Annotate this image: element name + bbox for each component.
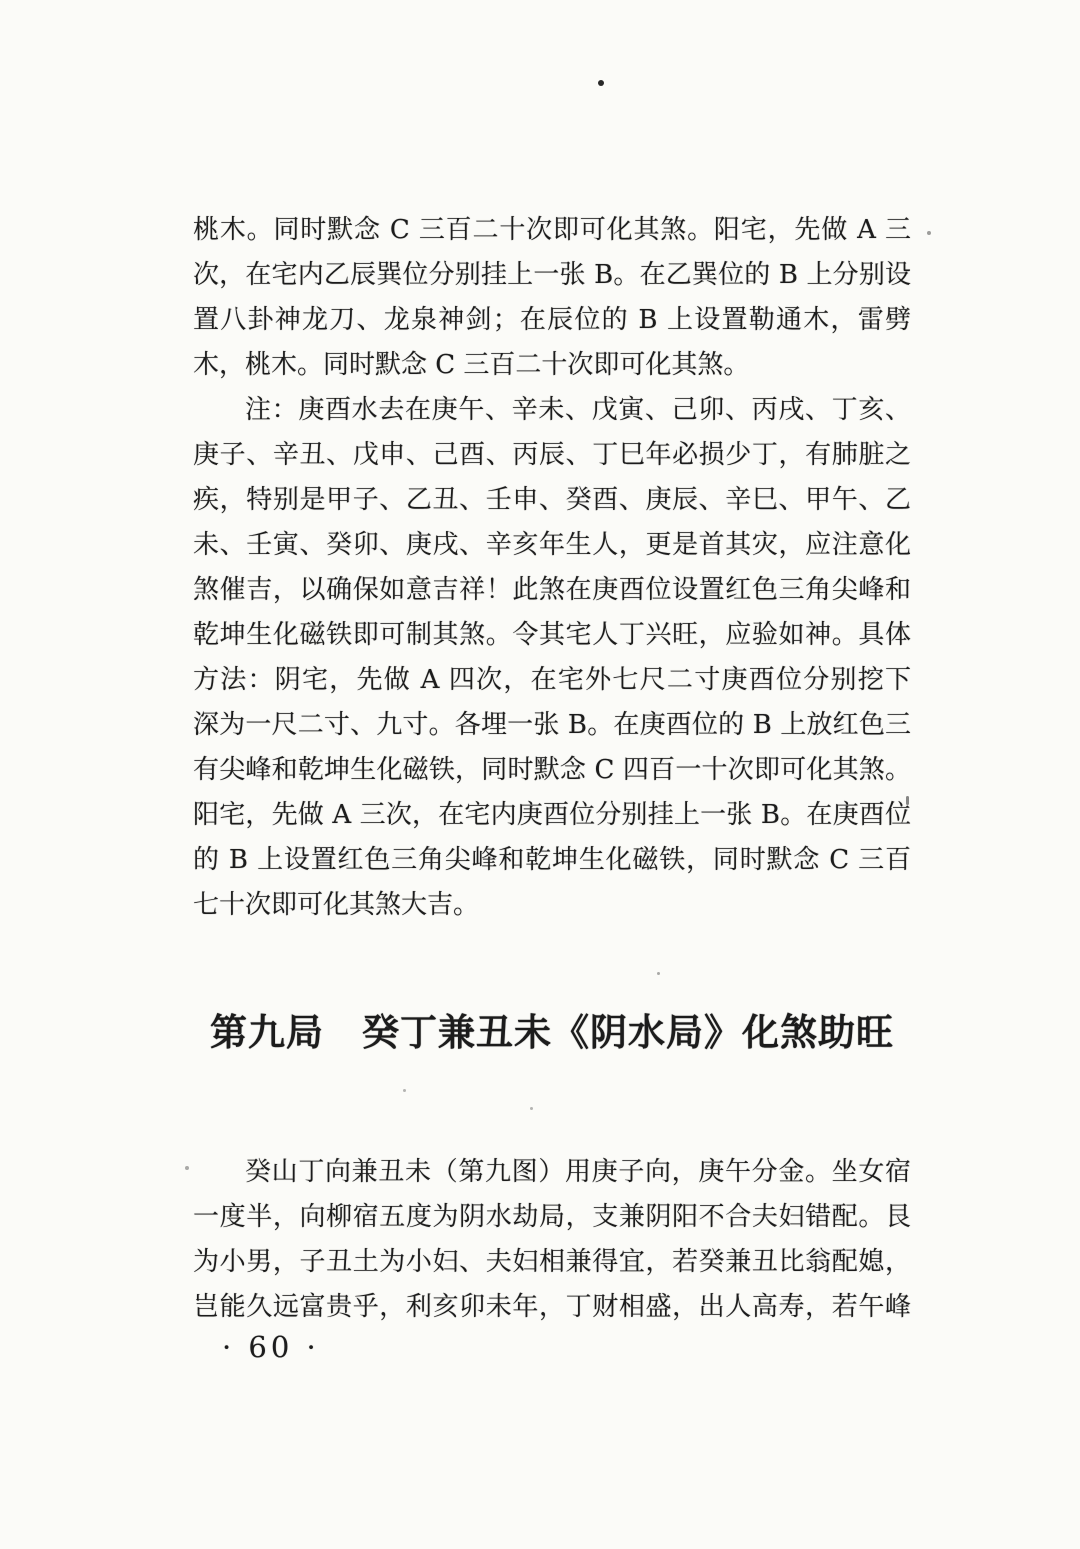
body-text-line: 岂能久远富贵乎，利亥卯未年，丁财相盛，出人高寿，若午峰 [193, 1285, 911, 1330]
body-text-line: 疾，特别是甲子、乙丑、壬申、癸酉、庚辰、辛巳、甲午、乙 [193, 478, 911, 523]
body-text-line: 的 B 上设置红色三角尖峰和乾坤生化磁铁，同时默念 C 三百 [193, 838, 911, 883]
section-heading: 第九局 癸丁兼丑未《阴水局》化煞助旺 [193, 1008, 911, 1058]
body-text-line: 阳宅，先做 A 三次，在宅内庚酉位分别挂上一张 B。在庚酉位 [193, 793, 911, 838]
scan-speck [403, 1089, 406, 1092]
body-text-line: 癸山丁向兼丑未（第九图）用庚子向，庚午分金。坐女宿 [193, 1150, 911, 1195]
body-text-block: 桃木。同时默念 C 三百二十次即可化其煞。阳宅，先做 A 三 次，在宅内乙辰巽位… [193, 208, 911, 928]
body-text-line: 注：庚酉水去在庚午、辛未、戊寅、己卯、丙戌、丁亥、 [193, 388, 911, 433]
body-text-line: 为小男，子丑土为小妇、夫妇相兼得宜，若癸兼丑比翁配媳， [193, 1240, 911, 1285]
body-text-line: 深为一尺二寸、九寸。各埋一张 B。在庚酉位的 B 上放红色三 [193, 703, 911, 748]
scan-speck [598, 80, 604, 86]
page-number: · 60 · [222, 1329, 320, 1365]
body-text-line: 木，桃木。同时默念 C 三百二十次即可化其煞。 [193, 343, 911, 388]
body-text-line: 方法：阴宅，先做 A 四次，在宅外七尺二寸庚酉位分别挖下 [193, 658, 911, 703]
scan-speck [927, 231, 931, 235]
body-text-line: 乾坤生化磁铁即可制其煞。令其宅人丁兴旺，应验如神。具体 [193, 613, 911, 658]
body-text-line: 庚子、辛丑、戊申、己酉、丙辰、丁巳年必损少丁，有肺脏之 [193, 433, 911, 478]
body-text-line: 未、壬寅、癸卯、庚戌、辛亥年生人，更是首其灾，应注意化 [193, 523, 911, 568]
body-text-block: 癸山丁向兼丑未（第九图）用庚子向，庚午分金。坐女宿 一度半，向柳宿五度为阴水劫局… [193, 1150, 911, 1330]
body-text-line: 煞催吉，以确保如意吉祥！此煞在庚酉位设置红色三角尖峰和 [193, 568, 911, 613]
scanned-book-page: 桃木。同时默念 C 三百二十次即可化其煞。阳宅，先做 A 三 次，在宅内乙辰巽位… [0, 0, 1080, 1549]
body-text-line: 置八卦神龙刀、龙泉神剑；在辰位的 B 上设置勒通木，雷劈 [193, 298, 911, 343]
body-text-line: 桃木。同时默念 C 三百二十次即可化其煞。阳宅，先做 A 三 [193, 208, 911, 253]
body-text-line: 七十次即可化其煞大吉。 [193, 883, 911, 928]
scan-speck [185, 1166, 189, 1170]
body-text-line: 一度半，向柳宿五度为阴水劫局，支兼阴阳不合夫妇错配。艮 [193, 1195, 911, 1240]
body-text-line: 次，在宅内乙辰巽位分别挂上一张 B。在乙巽位的 B 上分别设 [193, 253, 911, 298]
body-text-line: 有尖峰和乾坤生化磁铁，同时默念 C 四百一十次即可化其煞。 [193, 748, 911, 793]
scan-speck [657, 972, 660, 975]
scan-speck [530, 1107, 533, 1110]
